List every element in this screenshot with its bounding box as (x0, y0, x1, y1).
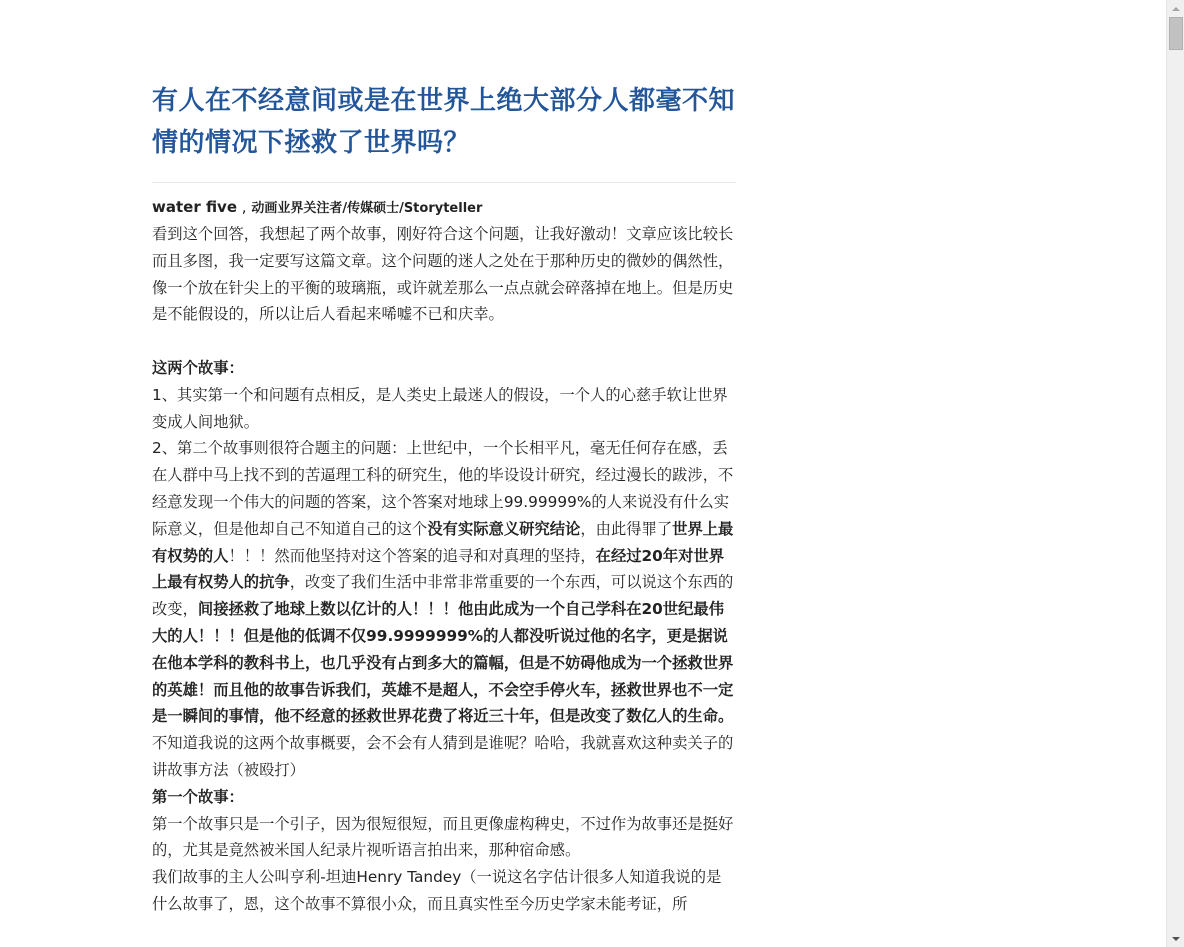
author-info: water five , 动画业界关注者/传媒硕士/Storyteller (152, 197, 736, 219)
author-name[interactable]: water five (152, 198, 237, 216)
bold-text: 这两个故事： (152, 359, 244, 377)
triangle-up-icon (1172, 7, 1180, 11)
scroll-down-button[interactable] (1167, 930, 1184, 947)
blank-line (152, 328, 736, 355)
vertical-scrollbar[interactable] (1166, 0, 1184, 947)
text-run: 1、其实第一个和问题有点相反，是人类史上最迷人的假设，一个人的心慈手软让世界变成… (152, 386, 728, 431)
scroll-up-button[interactable] (1167, 0, 1184, 17)
author-bio: 动画业界关注者/传媒硕士/Storyteller (251, 201, 482, 216)
answer-paragraph: 第一个故事： (152, 784, 736, 811)
article: 有人在不经意间或是在世界上绝大部分人都毫不知情的情况下拯救了世界吗？ water… (152, 80, 736, 918)
bold-text: 没有实际意义研究结论 (427, 520, 580, 538)
text-run: ，由此得罪了 (580, 520, 672, 538)
bold-text: 间接拯救了地球上数以亿计的人！！！他由此成为一个自己学科在20世纪最伟大的人！！… (152, 600, 733, 725)
answer-content: 看到这个回答，我想起了两个故事，刚好符合这个问题，让我好激动！文章应该比较长而且… (152, 221, 736, 918)
text-run: 不知道我说的这两个故事概要，会不会有人猜到是谁呢？哈哈，我就喜欢这种卖关子的讲故… (152, 734, 733, 779)
answer-paragraph: 看到这个回答，我想起了两个故事，刚好符合这个问题，让我好激动！文章应该比较长而且… (152, 221, 736, 328)
question-title: 有人在不经意间或是在世界上绝大部分人都毫不知情的情况下拯救了世界吗？ (152, 80, 736, 164)
answer-paragraph: 这两个故事： (152, 355, 736, 382)
text-run: ！！！然而他坚持对这个答案的追寻和对真理的坚持， (229, 547, 596, 565)
answer-paragraph: 1、其实第一个和问题有点相反，是人类史上最迷人的假设，一个人的心慈手软让世界变成… (152, 382, 736, 436)
answer-paragraph: 2、第二个故事则很符合题主的问题：上世纪中，一个长相平凡，毫无任何存在感，丢在人… (152, 435, 736, 730)
answer-paragraph: 第一个故事只是一个引子，因为很短很短，而且更像虚构稗史，不过作为故事还是挺好的，… (152, 811, 736, 865)
triangle-down-icon (1172, 937, 1180, 941)
text-run: 我们故事的主人公叫亨利-坦迪Henry Tandey（一说这名字估计很多人知道我… (152, 868, 721, 913)
text-run: 看到这个回答，我想起了两个故事，刚好符合这个问题，让我好激动！文章应该比较长而且… (152, 225, 733, 323)
answer-paragraph: 我们故事的主人公叫亨利-坦迪Henry Tandey（一说这名字估计很多人知道我… (152, 864, 736, 918)
answer-paragraph: 不知道我说的这两个故事概要，会不会有人猜到是谁呢？哈哈，我就喜欢这种卖关子的讲故… (152, 730, 736, 784)
author-separator: , (237, 198, 251, 216)
title-divider (152, 182, 736, 183)
text-run: 第一个故事只是一个引子，因为很短很短，而且更像虚构稗史，不过作为故事还是挺好的，… (152, 815, 733, 860)
scroll-thumb[interactable] (1169, 17, 1183, 50)
bold-text: 第一个故事： (152, 788, 244, 806)
